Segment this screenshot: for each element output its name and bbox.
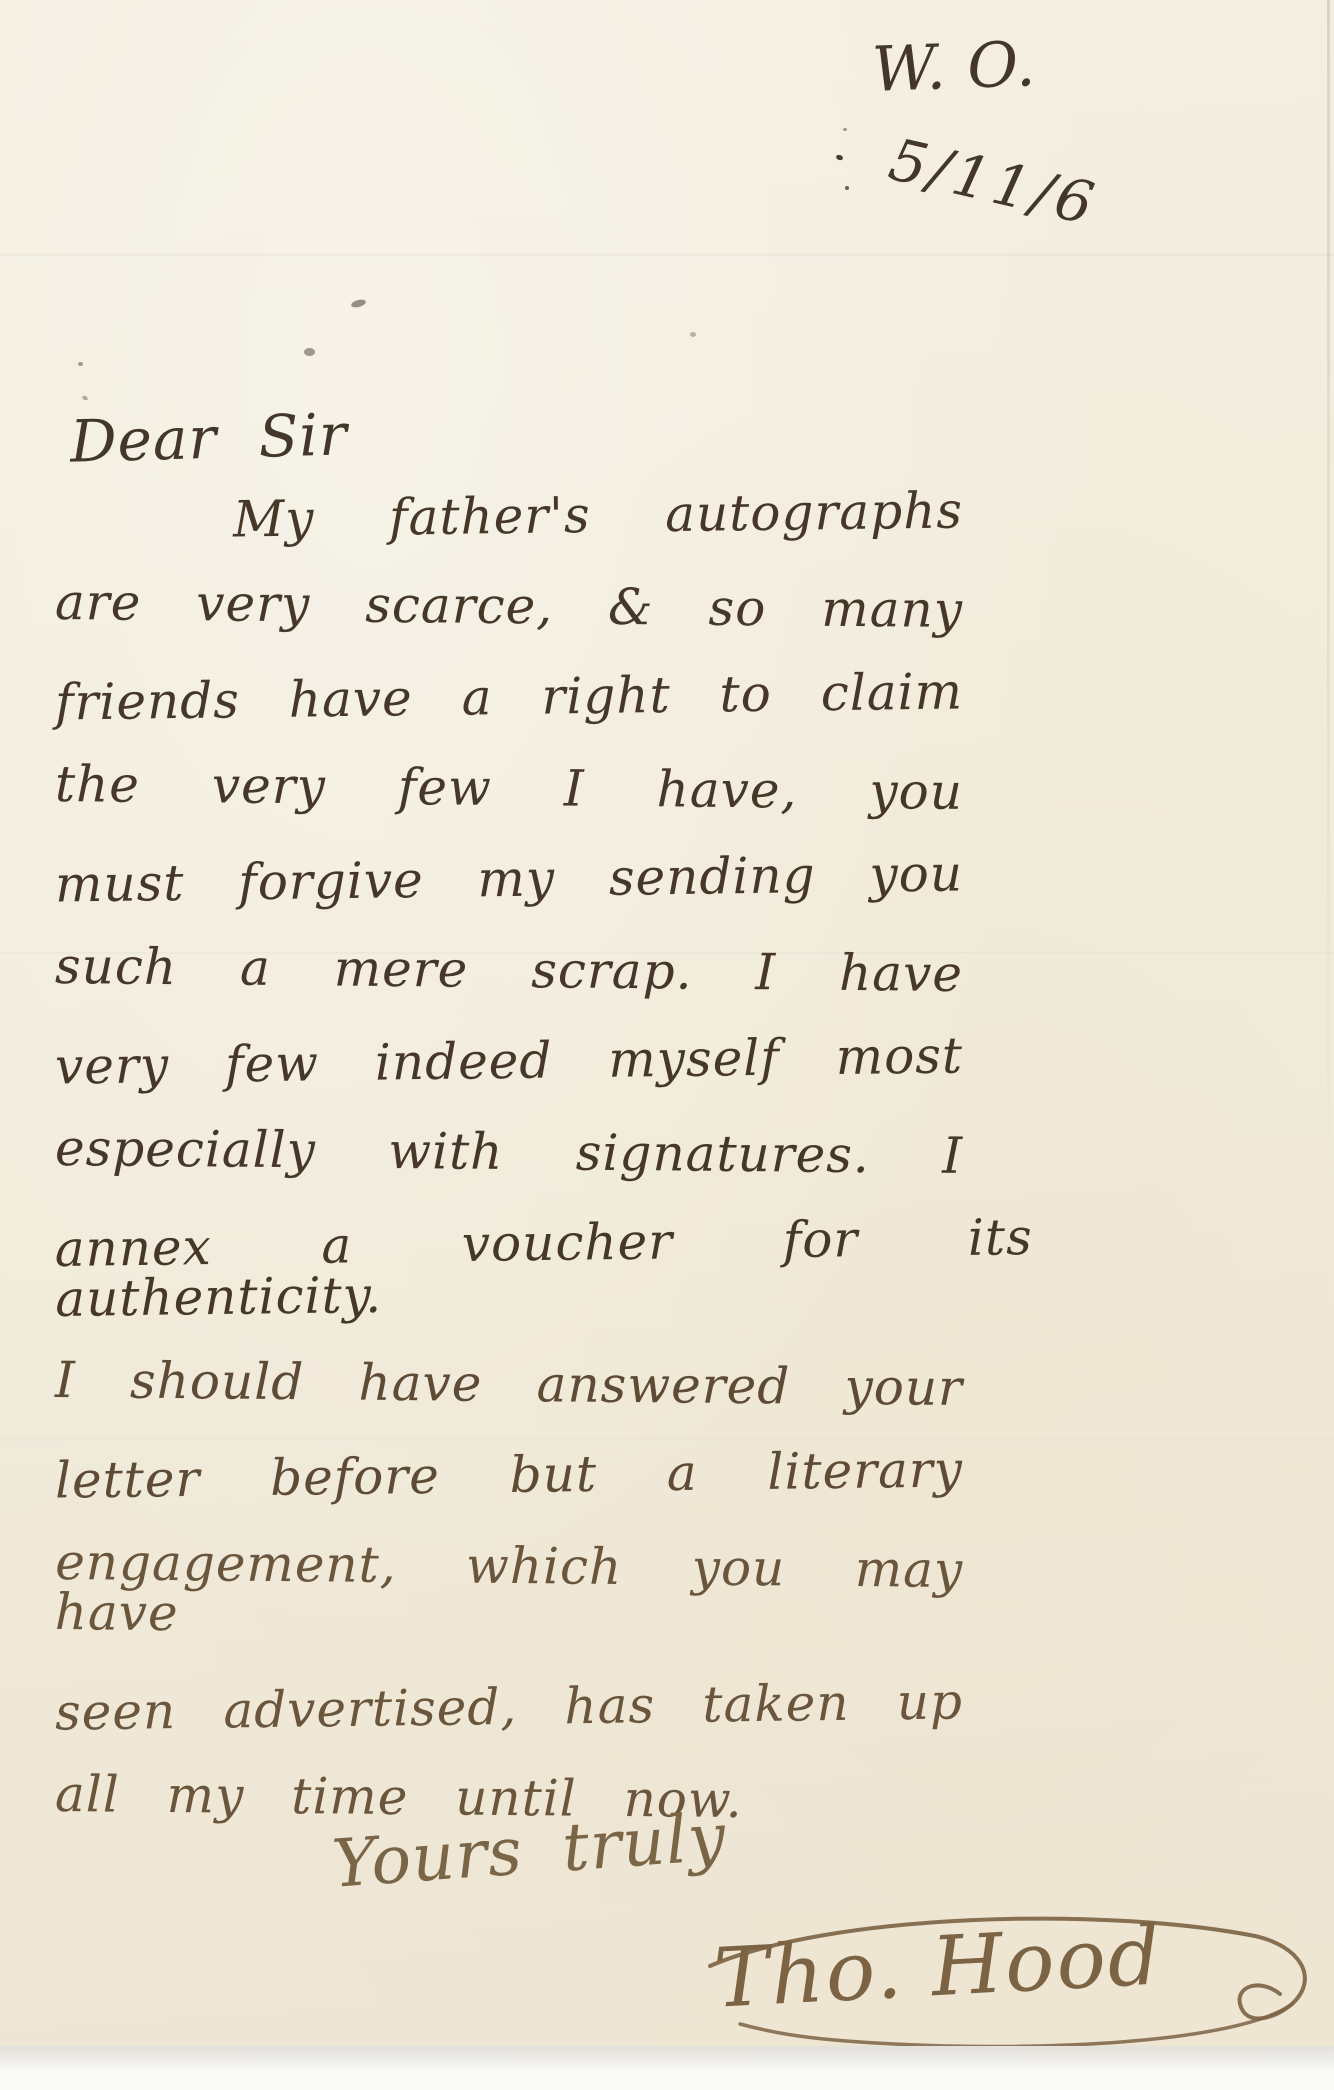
ink-smudge xyxy=(350,298,366,309)
letter-paper: W. O. 5/11/6 Dear Sir My father's autogr… xyxy=(0,0,1334,2046)
letterhead-date: 5/11/6 xyxy=(883,125,1104,239)
paper-crease xyxy=(0,254,1334,258)
ink-speck xyxy=(690,332,696,337)
body-line: annex a voucher for its authenticity. xyxy=(54,1212,1033,1324)
body-line: are very scarce, & so many xyxy=(55,577,963,635)
body-line: the very few I have, you xyxy=(55,759,963,817)
body-line: especially with signatures. I xyxy=(55,1123,963,1181)
paper-edge-shading xyxy=(1327,0,1330,1228)
ink-speck xyxy=(845,186,849,190)
body-line: engagement, which you may have xyxy=(55,1537,964,1645)
letter-body: My father's autographs are very scarce, … xyxy=(55,490,963,1864)
ink-speck xyxy=(835,154,843,161)
scan-backing xyxy=(0,2046,1334,2090)
ink-smudge xyxy=(304,348,315,356)
body-line: My father's autographs xyxy=(233,486,964,545)
body-line: such a mere scrap. I have xyxy=(55,941,963,999)
body-line: must forgive my sending you xyxy=(55,848,964,909)
body-line: friends have a right to claim xyxy=(55,666,964,727)
ink-speck xyxy=(78,362,83,366)
body-line: very few indeed myself most xyxy=(55,1030,964,1091)
body-line: I should have answered your xyxy=(55,1355,963,1413)
ink-speck xyxy=(81,395,88,401)
body-line: letter before but a literary xyxy=(55,1444,964,1505)
body-line: seen advertised, has taken up xyxy=(55,1676,964,1737)
letterhead-place: W. O. xyxy=(871,27,1038,106)
ink-speck xyxy=(843,128,847,131)
salutation: Dear Sir xyxy=(69,400,348,475)
